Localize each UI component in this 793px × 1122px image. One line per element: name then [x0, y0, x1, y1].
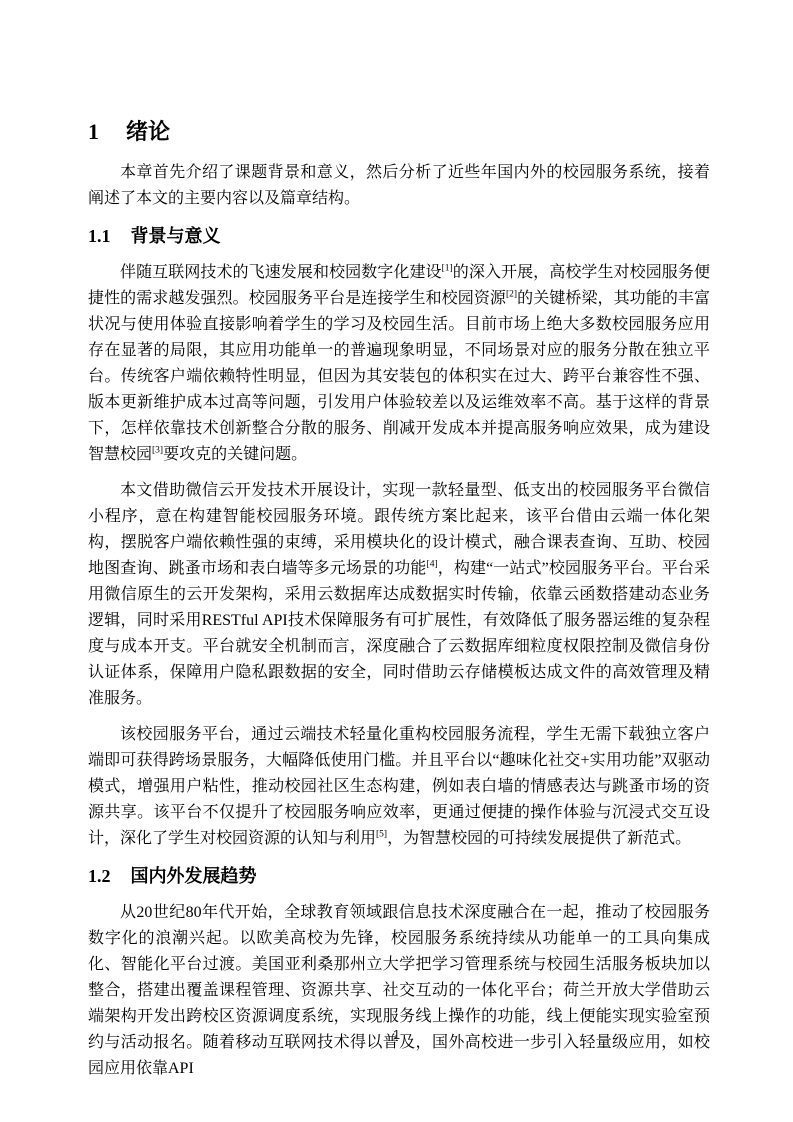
- section-heading: 1.1背景与意义: [88, 224, 710, 249]
- sections-container: 1.1背景与意义伴随互联网技术的飞速发展和校园数字化建设[1]的深入开展，高校学…: [88, 224, 710, 1082]
- chapter-number: 1: [88, 119, 99, 144]
- citation-superscript: [3]: [152, 446, 163, 456]
- citation-superscript: [4]: [427, 560, 438, 570]
- section-title: 国内外发展趋势: [131, 866, 257, 886]
- section-heading: 1.2国内外发展趋势: [88, 864, 710, 889]
- section-number: 1.2: [88, 866, 111, 886]
- chapter-title: 绪论: [126, 119, 170, 144]
- body-paragraph: 该校园服务平台，通过云端技术轻量化重构校园服务流程，学生无需下载独立客户端即可获…: [88, 722, 710, 852]
- citation-superscript: [5]: [376, 830, 387, 840]
- body-paragraph: 伴随互联网技术的飞速发展和校园数字化建设[1]的深入开展，高校学生对校园服务便捷…: [88, 260, 710, 468]
- chapter-heading: 1绪论: [88, 117, 710, 147]
- citation-superscript: [2]: [506, 290, 517, 300]
- intro-paragraph: 本章首先介绍了课题背景和意义，然后分析了近些年国内外的校园服务系统，接着阐述了本…: [88, 160, 710, 212]
- body-paragraph: 本文借助微信云开发技术开展设计，实现一款轻量型、低支出的校园服务平台微信小程序，…: [88, 478, 710, 712]
- document-page: 1绪论 本章首先介绍了课题背景和意义，然后分析了近些年国内外的校园服务系统，接着…: [0, 0, 793, 1122]
- citation-superscript: [1]: [442, 264, 453, 274]
- section-title: 背景与意义: [131, 226, 221, 246]
- body-paragraph: 从20世纪80年代开始，全球教育领域跟信息技术深度融合在一起，推动了校园服务数字…: [88, 900, 710, 1082]
- section-number: 1.1: [88, 226, 111, 246]
- page-number: 1: [0, 1027, 793, 1042]
